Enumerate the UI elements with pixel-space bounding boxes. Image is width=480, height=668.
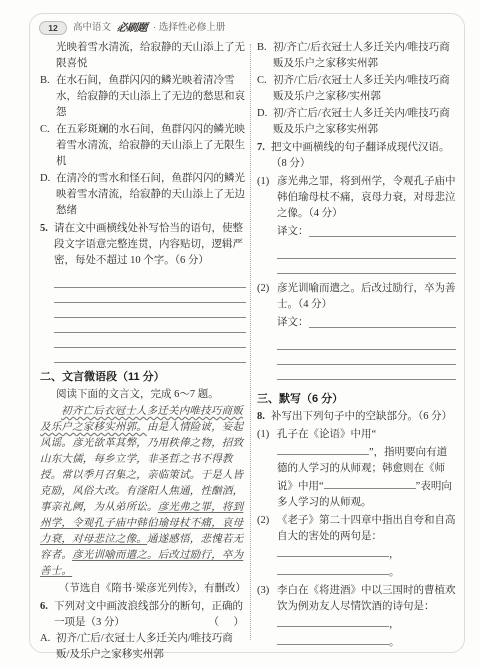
section-3-title: 三、默写（6 分） <box>257 391 456 407</box>
book-title: 高中语文 <box>73 20 111 36</box>
answer-bracket: （ ） <box>209 615 247 631</box>
fill-in-blank <box>324 477 416 489</box>
answer-line <box>54 288 246 303</box>
dictation-text: 孔子在《论语》中用“ <box>277 429 376 440</box>
part-label: (2) <box>257 281 277 385</box>
fill-in-blank <box>277 615 389 627</box>
answer-line <box>277 244 456 259</box>
part-body: 彦光训喻而遣之。后改过励行，卒为善士。（4 分） 译文： <box>277 281 456 385</box>
question-5-answer-lines <box>54 273 246 363</box>
answer-lines <box>277 244 456 274</box>
option-text: 初/齐亡/后衣冠士人多迁关内/唯技巧商贩及乐户之家移实州郭 <box>273 40 456 72</box>
question-6: 6. 下列对文中画波浪线部分的断句，正确的一项是（3 分） （ ） <box>40 599 246 631</box>
option-text: 在五彩斑斓的水石间，鱼群闪闪的鳞光映着雪水清流，给寂静的天山添上了无限生机 <box>56 122 246 170</box>
page-header: 12 高中语文 必刷题 · 选择性必修上册 <box>39 20 225 36</box>
option-label: C. <box>257 73 273 105</box>
option-b: B. 初/齐亡/后衣冠士人多迁关内/唯技巧商贩及乐户之家移实州郭 <box>257 40 456 72</box>
option-label: B. <box>40 73 56 121</box>
dictation-text: ， <box>389 549 400 560</box>
classical-passage: 初齐亡后衣冠士人多迁关内唯技巧商贩及乐户之家移实州郭。由是人情险诐，妄起风谣。彦… <box>40 404 246 580</box>
answer-line <box>277 365 456 380</box>
dictation-text: 。 <box>389 637 400 648</box>
question-7-part-2: (2) 彦光训喻而遣之。后改过励行，卒为善士。（4 分） 译文： <box>257 281 456 385</box>
answer-line <box>277 259 456 274</box>
option-label: B. <box>257 40 273 72</box>
option-a-continuation: 光映着雪水清流，给寂静的天山添上了无限喜悦 <box>40 40 246 72</box>
section-2-title: 二、文言微语段（11 分） <box>40 369 246 385</box>
option-text: 光映着雪水清流，给寂静的天山添上了无限喜悦 <box>56 40 246 72</box>
question-text: 请在文中画横线处补写恰当的语句，使整段文字语意完整连贯，内容贴切，逻辑严密，每处… <box>54 221 246 269</box>
column-divider <box>250 44 251 640</box>
answer-line <box>54 318 246 333</box>
question-text: 补写出下列句子中的空缺部分。（6 分） <box>271 409 456 425</box>
option-label: A. <box>40 631 56 663</box>
answer-line <box>54 303 246 318</box>
option-text: 在水石间，鱼群闪闪的鳞光映着清冷雪水，给寂静的天山添上了无边的愁思和哀怨 <box>56 73 246 121</box>
option-text: 在清冷的雪水和怪石间，鱼群闪闪的鳞光映着雪水清流，给寂静的天山添上了无边愁绪 <box>56 171 246 219</box>
question-text: 下列对文中画波浪线部分的断句，正确的一项是（3 分） （ ） <box>54 599 246 631</box>
answer-line <box>54 348 246 363</box>
part-body: 李白在《将进酒》中以三国时的曹植欢饮为例劝友人尽情饮酒的诗句是：，。 <box>277 583 456 651</box>
part-label: (1) <box>257 174 277 279</box>
dictation-text: 。 <box>389 567 400 578</box>
fill-in-blank <box>277 545 389 557</box>
question-8-part-1: (1) 孔子在《论语》中用“”，指明要向有道德的人学习的从师观；韩愈则在《师说》… <box>257 427 456 511</box>
translation-label: 译文： <box>277 224 309 240</box>
question-8: 8. 补写出下列句子中的空缺部分。（6 分） <box>257 409 456 425</box>
dictation-text: 《老子》第二十四章中指出自夸和自高自大的害处的两句是： <box>277 515 456 542</box>
question-number: 5. <box>40 221 54 269</box>
volume-label: · 选择性必修上册 <box>153 20 225 36</box>
option-a: A. 初齐/亡后/衣冠士人多迁关内/唯技巧商贩/及乐户之家移实州郭 <box>40 631 246 663</box>
question-7-part-1: (1) 彦光弗之罪，将到州学，令观孔子庙中韩伯瑜母杖不痛，哀母力衰，对母悲泣之像… <box>257 174 456 279</box>
question-number: 8. <box>257 409 271 425</box>
option-c: C. 在五彩斑斓的水石间，鱼群闪闪的鳞光映着雪水清流，给寂静的天山添上了无限生机 <box>40 122 246 170</box>
question-7: 7. 把文中画横线的句子翻译成现代汉语。（8 分） <box>257 140 456 172</box>
part-body: 《老子》第二十四章中指出自夸和自高自大的害处的两句是：，。 <box>277 513 456 581</box>
question-text: 把文中画横线的句子翻译成现代汉语。（8 分） <box>271 140 456 172</box>
option-c: C. 初齐/亡后/衣冠士人多迁关内/唯技巧商贩及乐户之家移/实州郭 <box>257 73 456 105</box>
answer-lines <box>277 335 456 380</box>
part-body: 彦光弗之罪，将到州学，令观孔子庙中韩伯瑜母杖不痛，哀母力衰，对母悲泣之像。（4 … <box>277 174 456 279</box>
translation-source-text: 彦光弗之罪，将到州学，令观孔子庙中韩伯瑜母杖不痛，哀母力衰，对母悲泣之像。（4 … <box>277 174 456 222</box>
option-d: D. 在清冷的雪水和怪石间，鱼群闪闪的鳞光映着雪水清流，给寂静的天山添上了无边愁… <box>40 171 246 219</box>
left-column: 光映着雪水清流，给寂静的天山添上了无限喜悦 B. 在水石间，鱼群闪闪的鳞光映着清… <box>40 40 246 664</box>
right-column: B. 初/齐亡/后衣冠士人多迁关内/唯技巧商贩及乐户之家移实州郭 C. 初齐/亡… <box>257 40 456 651</box>
question-5: 5. 请在文中画横线处补写恰当的语句，使整段文字语意完整连贯，内容贴切，逻辑严密… <box>40 221 246 269</box>
question-8-part-2: (2) 《老子》第二十四章中指出自夸和自高自大的害处的两句是：，。 <box>257 513 456 581</box>
question-8-part-3: (3) 李白在《将进酒》中以三国时的曹植欢饮为例劝友人尽情饮酒的诗句是：，。 <box>257 583 456 651</box>
fill-in-blank <box>277 633 389 645</box>
passage-source: （节选自《隋书·梁彦光列传》，有删改） <box>40 581 246 597</box>
option-text: 初齐/亡后/衣冠士人多迁关内/唯技巧商贩/及乐户之家移实州郭 <box>56 631 246 663</box>
part-label: (1) <box>257 427 277 511</box>
dictation-text: 李白在《将进酒》中以三国时的曹植欢饮为例劝友人尽情饮酒的诗句是： <box>277 585 456 612</box>
translation-label: 译文： <box>277 315 309 331</box>
answer-line <box>54 333 246 348</box>
brand-logo: 必刷题 <box>116 20 148 36</box>
answer-line <box>277 350 456 365</box>
option-label: D. <box>257 106 273 138</box>
answer-line <box>277 335 456 350</box>
option-text: 初/齐亡后/衣冠士人多迁关内/唯技巧商贩及乐户之家移实州郭 <box>273 106 456 138</box>
option-text: 初齐/亡后/衣冠士人多迁关内/唯技巧商贩及乐户之家移/实州郭 <box>273 73 456 105</box>
page-number-badge: 12 <box>39 21 67 35</box>
option-d: D. 初/齐亡后/衣冠士人多迁关内/唯技巧商贩及乐户之家移实州郭 <box>257 106 456 138</box>
option-b: B. 在水石间，鱼群闪闪的鳞光映着清冷雪水，给寂静的天山添上了无边的愁思和哀怨 <box>40 73 246 121</box>
passage-segment: 由是人情险诐，妄起风谣。彦光欲革其弊，乃用秩俸之物，招致山东大儒，每乡立学，非圣… <box>40 422 243 513</box>
translation-answer: 译文： <box>277 315 456 331</box>
answer-line <box>54 273 246 288</box>
question-number: 6. <box>40 599 54 631</box>
part-label: (3) <box>257 583 277 651</box>
translation-answer: 译文： <box>277 224 456 240</box>
translation-source-text: 彦光训喻而遣之。后改过励行，卒为善士。（4 分） <box>277 281 456 313</box>
question-number: 7. <box>257 140 271 172</box>
part-label: (2) <box>257 513 277 581</box>
fill-in-blank <box>277 563 389 575</box>
reading-intro: 阅读下面的文言文，完成 6～7 题。 <box>40 387 246 403</box>
answer-line <box>309 224 457 237</box>
part-body: 孔子在《论语》中用“”，指明要向有道德的人学习的从师观；韩愈则在《师说》中用“”… <box>277 427 456 511</box>
option-label: C. <box>40 122 56 170</box>
dictation-text: ， <box>389 619 400 630</box>
option-label: D. <box>40 171 56 219</box>
answer-line <box>309 315 457 328</box>
fill-in-blank <box>277 443 369 455</box>
